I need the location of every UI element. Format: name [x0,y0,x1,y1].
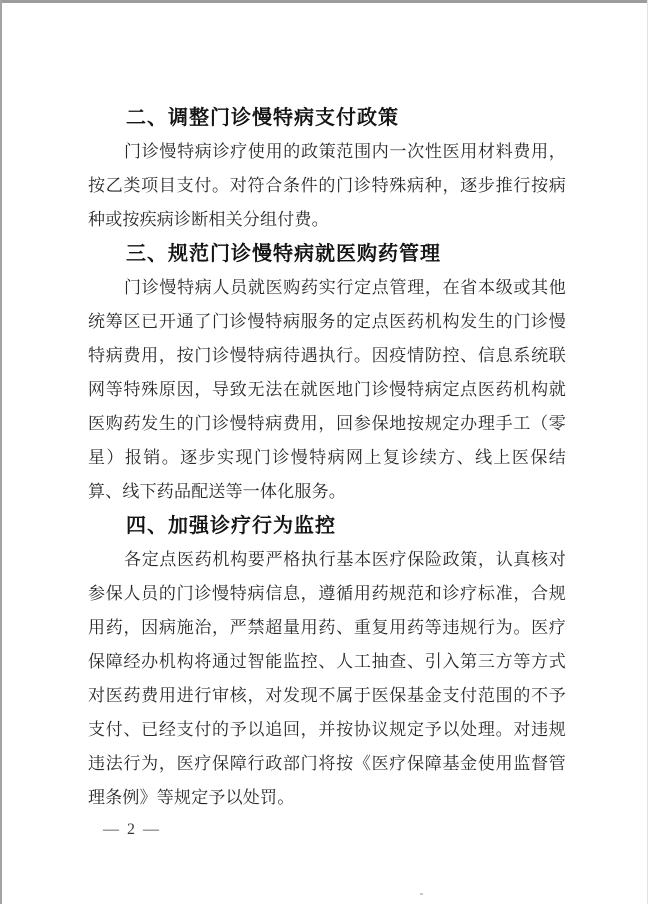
page-number: — 2 — [103,821,161,839]
section-heading-standardize-medication-management: 三、规范门诊慢特病就医购药管理 [88,237,566,271]
scan-top-edge [0,0,648,3]
scan-artifact-speck [420,893,423,895]
section-heading-adjust-payment-policy: 二、调整门诊慢特病支付政策 [88,101,566,135]
scanned-document-page: 二、调整门诊慢特病支付政策 门诊慢特病诊疗使用的政策范围内一次性医用材料费用，按… [0,0,648,904]
section-paragraph-adjust-payment-policy: 门诊慢特病诊疗使用的政策范围内一次性医用材料费用，按乙类项目支付。对符合条件的门… [88,135,566,237]
section-paragraph-strengthen-treatment-monitoring: 各定点医药机构要严格执行基本医疗保险政策，认真核对参保人员的门诊慢特病信息，遵循… [88,543,566,815]
section-heading-strengthen-treatment-monitoring: 四、加强诊疗行为监控 [88,509,566,543]
section-paragraph-standardize-medication-management: 门诊慢特病人员就医购药实行定点管理，在省本级或其他统筹区已开通了门诊慢特病服务的… [88,271,566,509]
document-text-block: 二、调整门诊慢特病支付政策 门诊慢特病诊疗使用的政策范围内一次性医用材料费用，按… [88,101,566,815]
scan-left-edge [0,0,2,904]
